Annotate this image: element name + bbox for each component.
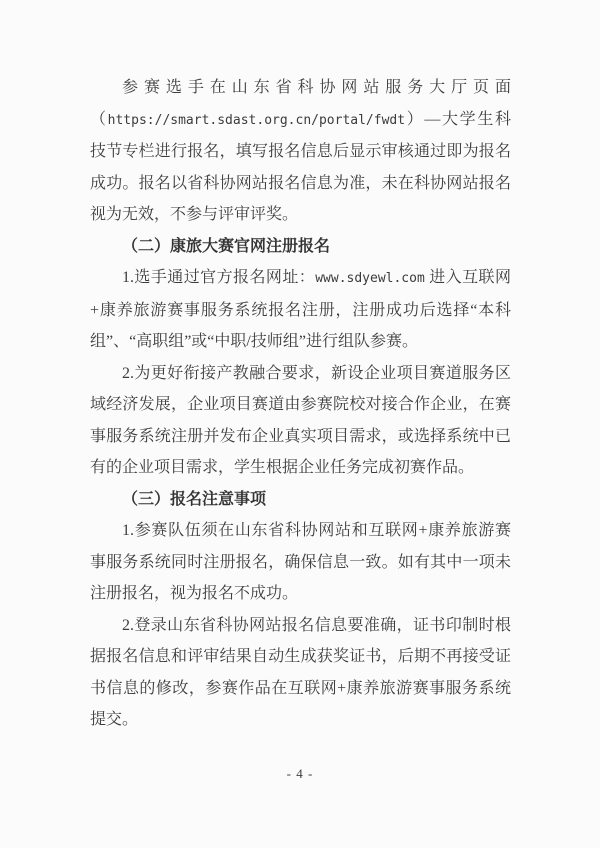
section-heading-registration-notes: （三）报名注意事项 — [90, 484, 511, 516]
paragraph-official-site-registration: 1.选手通过官方报名网址：www.sdyewl.com 进入互联网+康养旅游赛事… — [90, 262, 511, 358]
url-sdast-portal: https://smart.sdast.org.cn/portal/fwdt — [108, 113, 405, 128]
document-page: 参赛选手在山东省科协网站服务大厅页面（https://smart.sdast.o… — [0, 0, 600, 848]
paragraph-dual-registration-requirement: 1.参赛队伍须在山东省科协网站和互联网+康养旅游赛事服务系统同时注册报名，确保信… — [90, 515, 511, 610]
paragraph-certificate-info-accuracy: 2.登录山东省科协网站报名信息要准确，证书印制时根据报名信息和评审结果自动生成获… — [90, 610, 511, 736]
paragraph-sdast-registration: 参赛选手在山东省科协网站服务大厅页面（https://smart.sdast.o… — [90, 72, 511, 231]
section-heading-kanglv-official-registration: （二）康旅大赛官网注册报名 — [90, 231, 511, 263]
paragraph-text: 1.选手通过官方报名网址： — [122, 269, 315, 286]
document-body: 参赛选手在山东省科协网站服务大厅页面（https://smart.sdast.o… — [90, 72, 511, 736]
page-number: - 4 - — [0, 766, 600, 782]
paragraph-enterprise-project-track: 2.为更好衔接产教融合要求，新设企业项目赛道服务区域经济发展，企业项目赛道由参赛… — [90, 358, 511, 484]
url-sdyewl: www.sdyewl.com — [315, 271, 425, 286]
